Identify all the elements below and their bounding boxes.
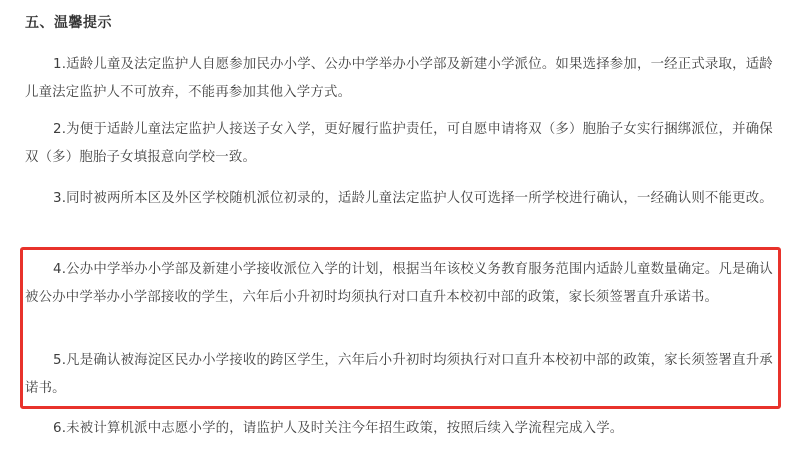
notice-item-1: 1.适龄儿童及法定监护人自愿参加民办小学、公办中学举办小学部及新建小学派位。如果… — [25, 51, 777, 107]
notice-item-2: 2.为便于适龄儿童法定监护人接送子女入学，更好履行监护责任，可自愿申请将双（多）… — [25, 116, 777, 172]
notice-item-6: 6.未被计算机派中志愿小学的，请监护人及时关注今年招生政策，按照后续入学流程完成… — [25, 415, 777, 443]
notice-item-5: 5.凡是确认被海淀区民办小学接收的跨区学生，六年后小升初时均须执行对口直升本校初… — [25, 347, 777, 403]
notice-item-4: 4.公办中学举办小学部及新建小学接收派位入学的计划，根据当年该校义务教育服务范围… — [25, 256, 777, 312]
notice-item-3: 3.同时被两所本区及外区学校随机派位初录的，适龄儿童法定监护人仅可选择一所学校进… — [25, 185, 777, 213]
section-heading: 五、温馨提示 — [25, 12, 112, 32]
